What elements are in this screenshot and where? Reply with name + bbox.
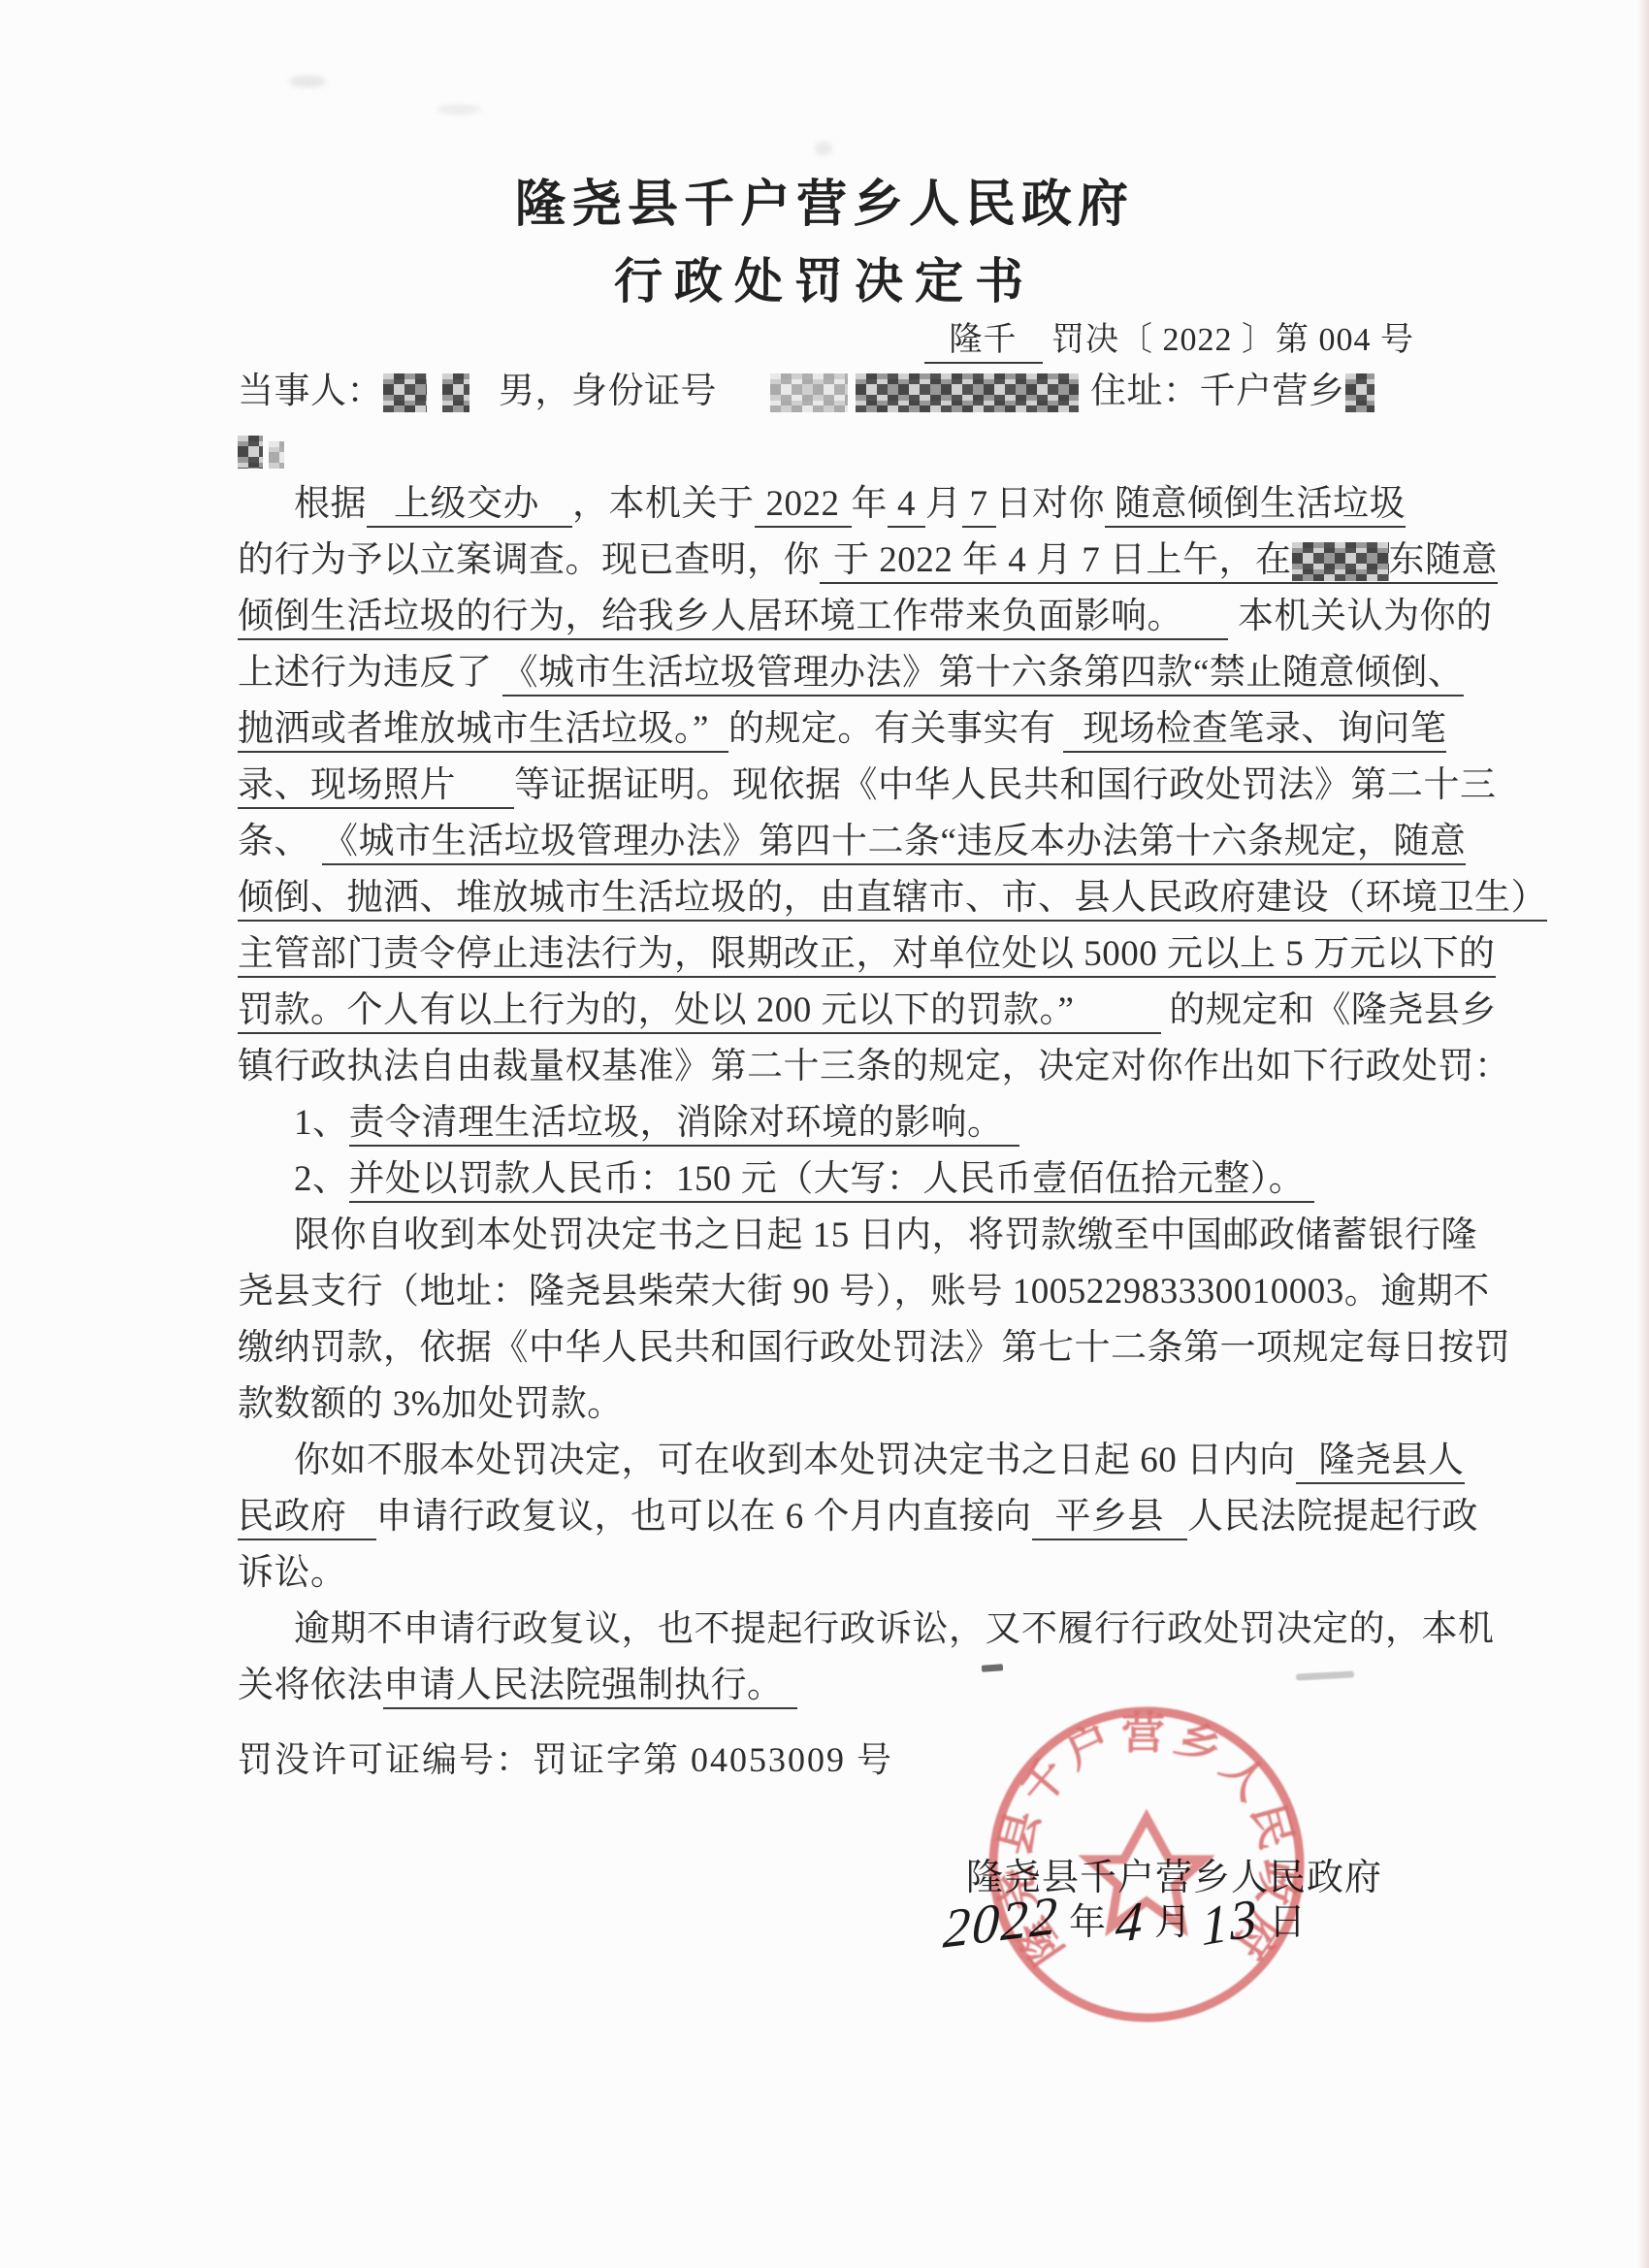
spacer [310, 815, 322, 869]
redacted-block [238, 436, 263, 469]
text-line: 尧县支行（地址：隆尧县柴荣大街 90 号），账号 100522983330010… [238, 1265, 1425, 1321]
spacer [238, 1096, 294, 1150]
text-segment: 尧县支行（地址：隆尧县柴荣大街 90 号），账号 100522983330010… [238, 1265, 1490, 1319]
redacted-block [1345, 373, 1374, 412]
text-line [238, 421, 1425, 477]
text-segment: 东随意 [1389, 534, 1499, 588]
text-segment: 逾期不申请行政复议，也不提起行政诉讼，又不履行行政处罚决定的，本机 [294, 1603, 1495, 1657]
blank-underline [1183, 590, 1228, 644]
spacer [238, 477, 294, 532]
permit-number-line: 罚没许可证编号：罚证字第 04053009 号 [238, 1733, 893, 1782]
text-line: 你如不服本处罚决定，可在收到本处罚决定书之日起 60 日内向隆尧县人 [238, 1434, 1425, 1490]
text-segment: 月 [925, 477, 962, 532]
text-segment: 2、 [294, 1152, 349, 1207]
redacted-block [383, 373, 427, 412]
text-segment: 倾倒、抛洒、堆放城市生活垃圾的，由直辖市、市、县人民政府建设（环境卫生） [238, 871, 1547, 925]
spacer [1079, 365, 1090, 419]
text-segment: 的规定和《隆尧县乡 [1169, 984, 1497, 1038]
text-segment: 你如不服本处罚决定，可在收到本处罚决定书之日起 60 日内向 [294, 1434, 1296, 1488]
text-segment: 抛洒或者堆放城市生活垃圾。” [238, 702, 728, 757]
text-segment: 上级交办 [367, 477, 572, 532]
redacted-block [442, 373, 469, 412]
text-line: 倾倒生活垃圾的行为，给我乡人居环境工作带来负面影响。本机关认为你的 [238, 590, 1425, 646]
text-line: 缴纳罚款，依据《中华人民共和国行政处罚法》第七十二条第一项规定每日按罚 [238, 1321, 1425, 1377]
issue-date: 2022 年 4 月 13 日 [943, 1892, 1311, 1954]
scan-smudge [436, 105, 481, 114]
doc-number-agency-blank: 隆千 [924, 312, 1043, 364]
text-segment: 日对你 [996, 477, 1106, 532]
text-line: 诉讼。 [238, 1546, 1425, 1603]
text-line: 主管部门责令停止违法行为，限期改正，对单位处以 5000 元以上 5 万元以下的 [238, 927, 1425, 984]
handwritten-day: 13 [1200, 1886, 1259, 1959]
spacer [1228, 590, 1238, 644]
text-segment: 主管部门责令停止违法行为，限期改正，对单位处以 5000 元以上 5 万元以下的 [238, 927, 1496, 982]
spacer [238, 1603, 294, 1657]
scan-smudge [815, 142, 832, 155]
text-line: 抛洒或者堆放城市生活垃圾。”的规定。有关事实有现场检查笔录、询问笔 [238, 702, 1425, 759]
text-line: 的行为予以立案调查。现已查明，你于 2022 年 4 月 7 日上午，在东随意 [238, 534, 1425, 590]
text-segment: 的规定。有关事实有 [728, 702, 1056, 757]
text-segment: 的行为予以立案调查。现已查明，你 [238, 534, 820, 588]
text-segment: 现场检查笔录、询问笔 [1063, 702, 1446, 757]
text-segment: 7 [962, 477, 996, 532]
text-segment: 录、现场照片 [238, 759, 514, 813]
day-label: 日 [1263, 1902, 1311, 1943]
spacer [493, 646, 502, 700]
text-segment: 上述行为违反了 [238, 646, 493, 700]
text-segment: ，本机关于 [572, 477, 755, 532]
text-line: 款数额的 3%加处罚款。 [238, 1377, 1425, 1434]
redacted-block [770, 373, 848, 412]
spacer [1055, 702, 1063, 757]
text-line: 倾倒、抛洒、堆放城市生活垃圾的，由直辖市、市、县人民政府建设（环境卫生） [238, 871, 1425, 927]
text-segment: 《城市生活垃圾管理办法》第四十二条“违反本办法第十六条规定，随意 [322, 815, 1466, 869]
text-segment: 等证据证明。现依据《中华人民共和国行政处罚法》第二十三 [514, 759, 1497, 813]
text-segment: 根据 [294, 477, 367, 532]
scan-smudge [289, 76, 326, 87]
text-line: 民政府申请行政复议，也可以在 6 个月内直接向平乡县人民法院提起行政 [238, 1490, 1425, 1546]
text-segment: 当事人： [238, 365, 383, 419]
text-line: 2、并处以罚款人民币：150 元（大写：人民币壹佰伍拾元整）。 [238, 1152, 1425, 1209]
text-segment: 随意倾倒生活垃圾 [1105, 477, 1406, 532]
text-segment: 倾倒生活垃圾的行为，给我乡人居环境工作带来负面影响。 [238, 590, 1183, 644]
text-line: 1、责令清理生活垃圾，消除对环境的影响。 [238, 1096, 1425, 1152]
text-segment: 申请人民法院强制执行。 [383, 1659, 797, 1713]
text-line: 关将依法申请人民法院强制执行。 [238, 1659, 1425, 1715]
redacted-block [856, 373, 1079, 412]
text-line: 罚款。个人有以上行为的，处以 200 元以下的罚款。”的规定和《隆尧县乡 [238, 984, 1425, 1040]
doc-number: 隆千 罚决〔 2022 〕第 004 号 [924, 312, 1415, 364]
text-segment: 罚款。个人有以上行为的，处以 200 元以下的罚款。” [238, 984, 1074, 1038]
text-segment: 2022 [755, 477, 852, 532]
redacted-block [269, 441, 284, 469]
text-line: 逾期不申请行政复议，也不提起行政诉讼，又不履行行政处罚决定的，本机 [238, 1603, 1425, 1659]
text-segment: 于 2022 年 4 月 7 日上午，在 [820, 534, 1292, 588]
text-line: 上述行为违反了《城市生活垃圾管理办法》第十六条第四款“禁止随意倾倒、 [238, 646, 1425, 702]
doc-subtitle: 行政处罚决定书 [0, 243, 1649, 312]
spacer [1161, 984, 1169, 1038]
text-segment: 民政府 [238, 1490, 376, 1544]
spacer [238, 1152, 294, 1207]
body-text: 当事人：男，身份证号住址：千户营乡根据上级交办，本机关于2022 年 4 月 7… [238, 365, 1425, 1715]
text-segment: 关将依法 [238, 1659, 383, 1713]
text-segment: 款数额的 3%加处罚款。 [238, 1377, 624, 1432]
month-label: 月 [1148, 1902, 1197, 1943]
spacer [717, 365, 770, 419]
text-segment: 本机关认为你的 [1238, 590, 1493, 644]
text-segment: 男，身份证号 [499, 365, 717, 419]
text-segment: 《城市生活垃圾管理办法》第十六条第四款“禁止随意倾倒、 [502, 646, 1465, 700]
handwritten-year: 2022 [942, 1884, 1061, 1961]
text-segment: 缴纳罚款，依据《中华人民共和国行政处罚法》第七十二条第一项规定每日按罚 [238, 1321, 1511, 1376]
text-line: 条、《城市生活垃圾管理办法》第四十二条“违反本办法第十六条规定，随意 [238, 815, 1425, 871]
text-segment: 年 [852, 477, 889, 532]
redacted-block [1292, 542, 1389, 581]
text-line: 当事人：男，身份证号住址：千户营乡 [238, 365, 1425, 421]
text-segment: 住址：千户营乡 [1090, 365, 1345, 419]
spacer [238, 1434, 294, 1488]
text-segment: 并处以罚款人民币：150 元（大写：人民币壹佰伍拾元整）。 [349, 1152, 1315, 1207]
document-page: 隆尧县千户营乡人民政府 行政处罚决定书 隆千 罚决〔 2022 〕第 004 号… [0, 0, 1649, 2268]
blank-underline [1074, 984, 1161, 1038]
text-segment: 条、 [238, 815, 310, 869]
handwritten-month: 4 [1114, 1890, 1146, 1957]
text-segment: 1、 [294, 1096, 349, 1150]
text-segment: 诉讼。 [238, 1546, 347, 1601]
text-segment: 平乡县 [1032, 1490, 1188, 1544]
doc-title: 隆尧县千户营乡人民政府 [0, 163, 1649, 236]
text-segment: 镇行政执法自由裁量权基准》第二十三条的规定，决定对你作出如下行政处罚： [238, 1040, 1511, 1094]
spacer [469, 365, 499, 419]
text-segment: 责令清理生活垃圾，消除对环境的影响。 [349, 1096, 1019, 1150]
text-segment: 人民法院提起行政 [1187, 1490, 1478, 1544]
text-line: 根据上级交办，本机关于2022 年 4 月 7 日对你随意倾倒生活垃圾 [238, 477, 1425, 534]
text-segment: 限你自收到本处罚决定书之日起 15 日内，将罚款缴至中国邮政储蓄银行隆 [294, 1209, 1477, 1263]
text-segment: 申请行政复议，也可以在 6 个月内直接向 [376, 1490, 1032, 1544]
text-line: 镇行政执法自由裁量权基准》第二十三条的规定，决定对你作出如下行政处罚： [238, 1040, 1425, 1096]
spacer [238, 1209, 294, 1263]
year-label: 年 [1063, 1902, 1112, 1943]
spacer [848, 365, 856, 419]
scan-edge-shadow [1637, 0, 1649, 2268]
spacer [427, 365, 442, 419]
text-segment: 4 [888, 477, 925, 532]
doc-number-rest: 罚决〔 2022 〕第 004 号 [1051, 322, 1414, 358]
text-segment: 隆尧县人 [1296, 1434, 1465, 1488]
text-line: 限你自收到本处罚决定书之日起 15 日内，将罚款缴至中国邮政储蓄银行隆 [238, 1209, 1425, 1265]
text-line: 录、现场照片等证据证明。现依据《中华人民共和国行政处罚法》第二十三 [238, 759, 1425, 815]
